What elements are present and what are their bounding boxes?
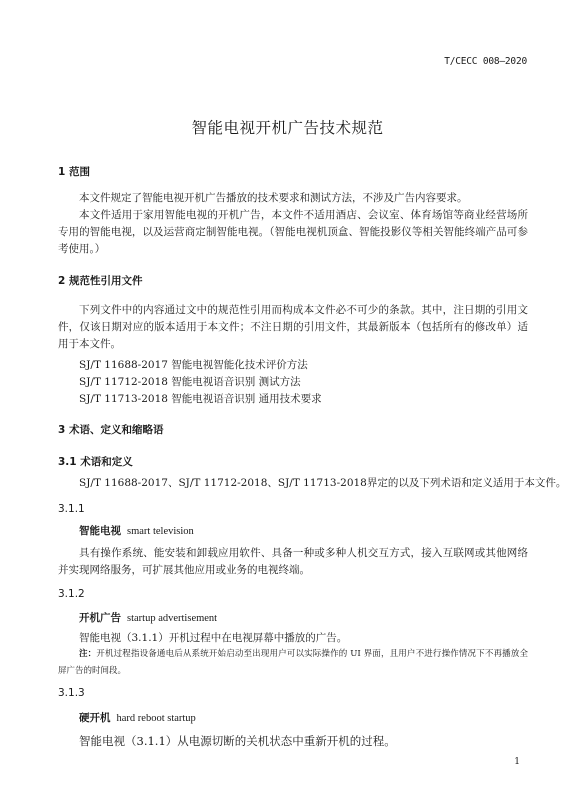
term-number-3-1-3: 3.1.3 xyxy=(58,687,85,699)
note-label: 注： xyxy=(79,649,96,659)
term-3-1-1: 智能电视smart television xyxy=(79,523,194,538)
term-number-3-1-1: 3.1.1 xyxy=(58,503,85,515)
reference-item: SJ/T 11688-2017 智能电视智能化技术评价方法 xyxy=(79,357,308,374)
term-en: smart television xyxy=(127,526,194,537)
reference-item: SJ/T 11713-2018 智能电视语音识别 通用技术要求 xyxy=(79,391,322,408)
term-zh: 硬开机 xyxy=(79,712,111,724)
section-2-paragraph: 下列文件中的内容通过文中的规范性引用而构成本文件必不可少的条款。其中，注日期的引… xyxy=(58,302,528,353)
note-text: 开机过程指设备通电后从系统开始启动至出现用户可以实际操作的 UI 界面，且用户不… xyxy=(58,649,528,676)
term-en: hard reboot startup xyxy=(117,713,196,724)
section-1-heading: 1 范围 xyxy=(58,164,90,179)
term-3-1-2: 开机广告startup advertisement xyxy=(79,610,217,625)
document-code: T/CECC 008—2020 xyxy=(400,56,527,67)
term-en: startup advertisement xyxy=(127,613,217,624)
term-definition-3-1-2: 智能电视（3.1.1）开机过程中在电视屏幕中播放的广告。 xyxy=(58,630,528,647)
section-1-paragraph-1: 本文件规定了智能电视开机广告播放的技术要求和测试方法，不涉及广告内容要求。 xyxy=(58,190,528,207)
section-2-heading: 2 规范性引用文件 xyxy=(58,273,142,288)
term-zh: 智能电视 xyxy=(79,525,121,537)
page-number: 1 xyxy=(505,757,520,767)
term-definition-3-1-3: 智能电视（3.1.1）从电源切断的关机状态中重新开机的过程。 xyxy=(58,733,528,750)
term-note-3-1-2: 注：开机过程指设备通电后从系统开始启动至出现用户可以实际操作的 UI 界面，且用… xyxy=(58,646,528,680)
section-1-paragraph-2: 本文件适用于家用智能电视的开机广告，本文件不适用酒店、会议室、体育场馆等商业经营… xyxy=(58,207,528,258)
term-zh: 开机广告 xyxy=(79,612,121,624)
term-3-1-3: 硬开机hard reboot startup xyxy=(79,710,196,725)
term-number-3-1-2: 3.1.2 xyxy=(58,588,85,600)
term-definition-3-1-1: 具有操作系统、能安装和卸载应用软件、具备一种或多种人机交互方式，接入互联网或其他… xyxy=(58,545,528,579)
section-3-1-heading: 3.1 术语和定义 xyxy=(58,454,133,469)
section-3-1-paragraph: SJ/T 11688-2017、SJ/T 11712-2018、SJ/T 117… xyxy=(58,475,528,492)
document-title: 智能电视开机广告技术规范 xyxy=(0,116,575,138)
reference-item: SJ/T 11712-2018 智能电视语音识别 测试方法 xyxy=(79,374,301,391)
section-3-heading: 3 术语、定义和缩略语 xyxy=(58,422,163,437)
